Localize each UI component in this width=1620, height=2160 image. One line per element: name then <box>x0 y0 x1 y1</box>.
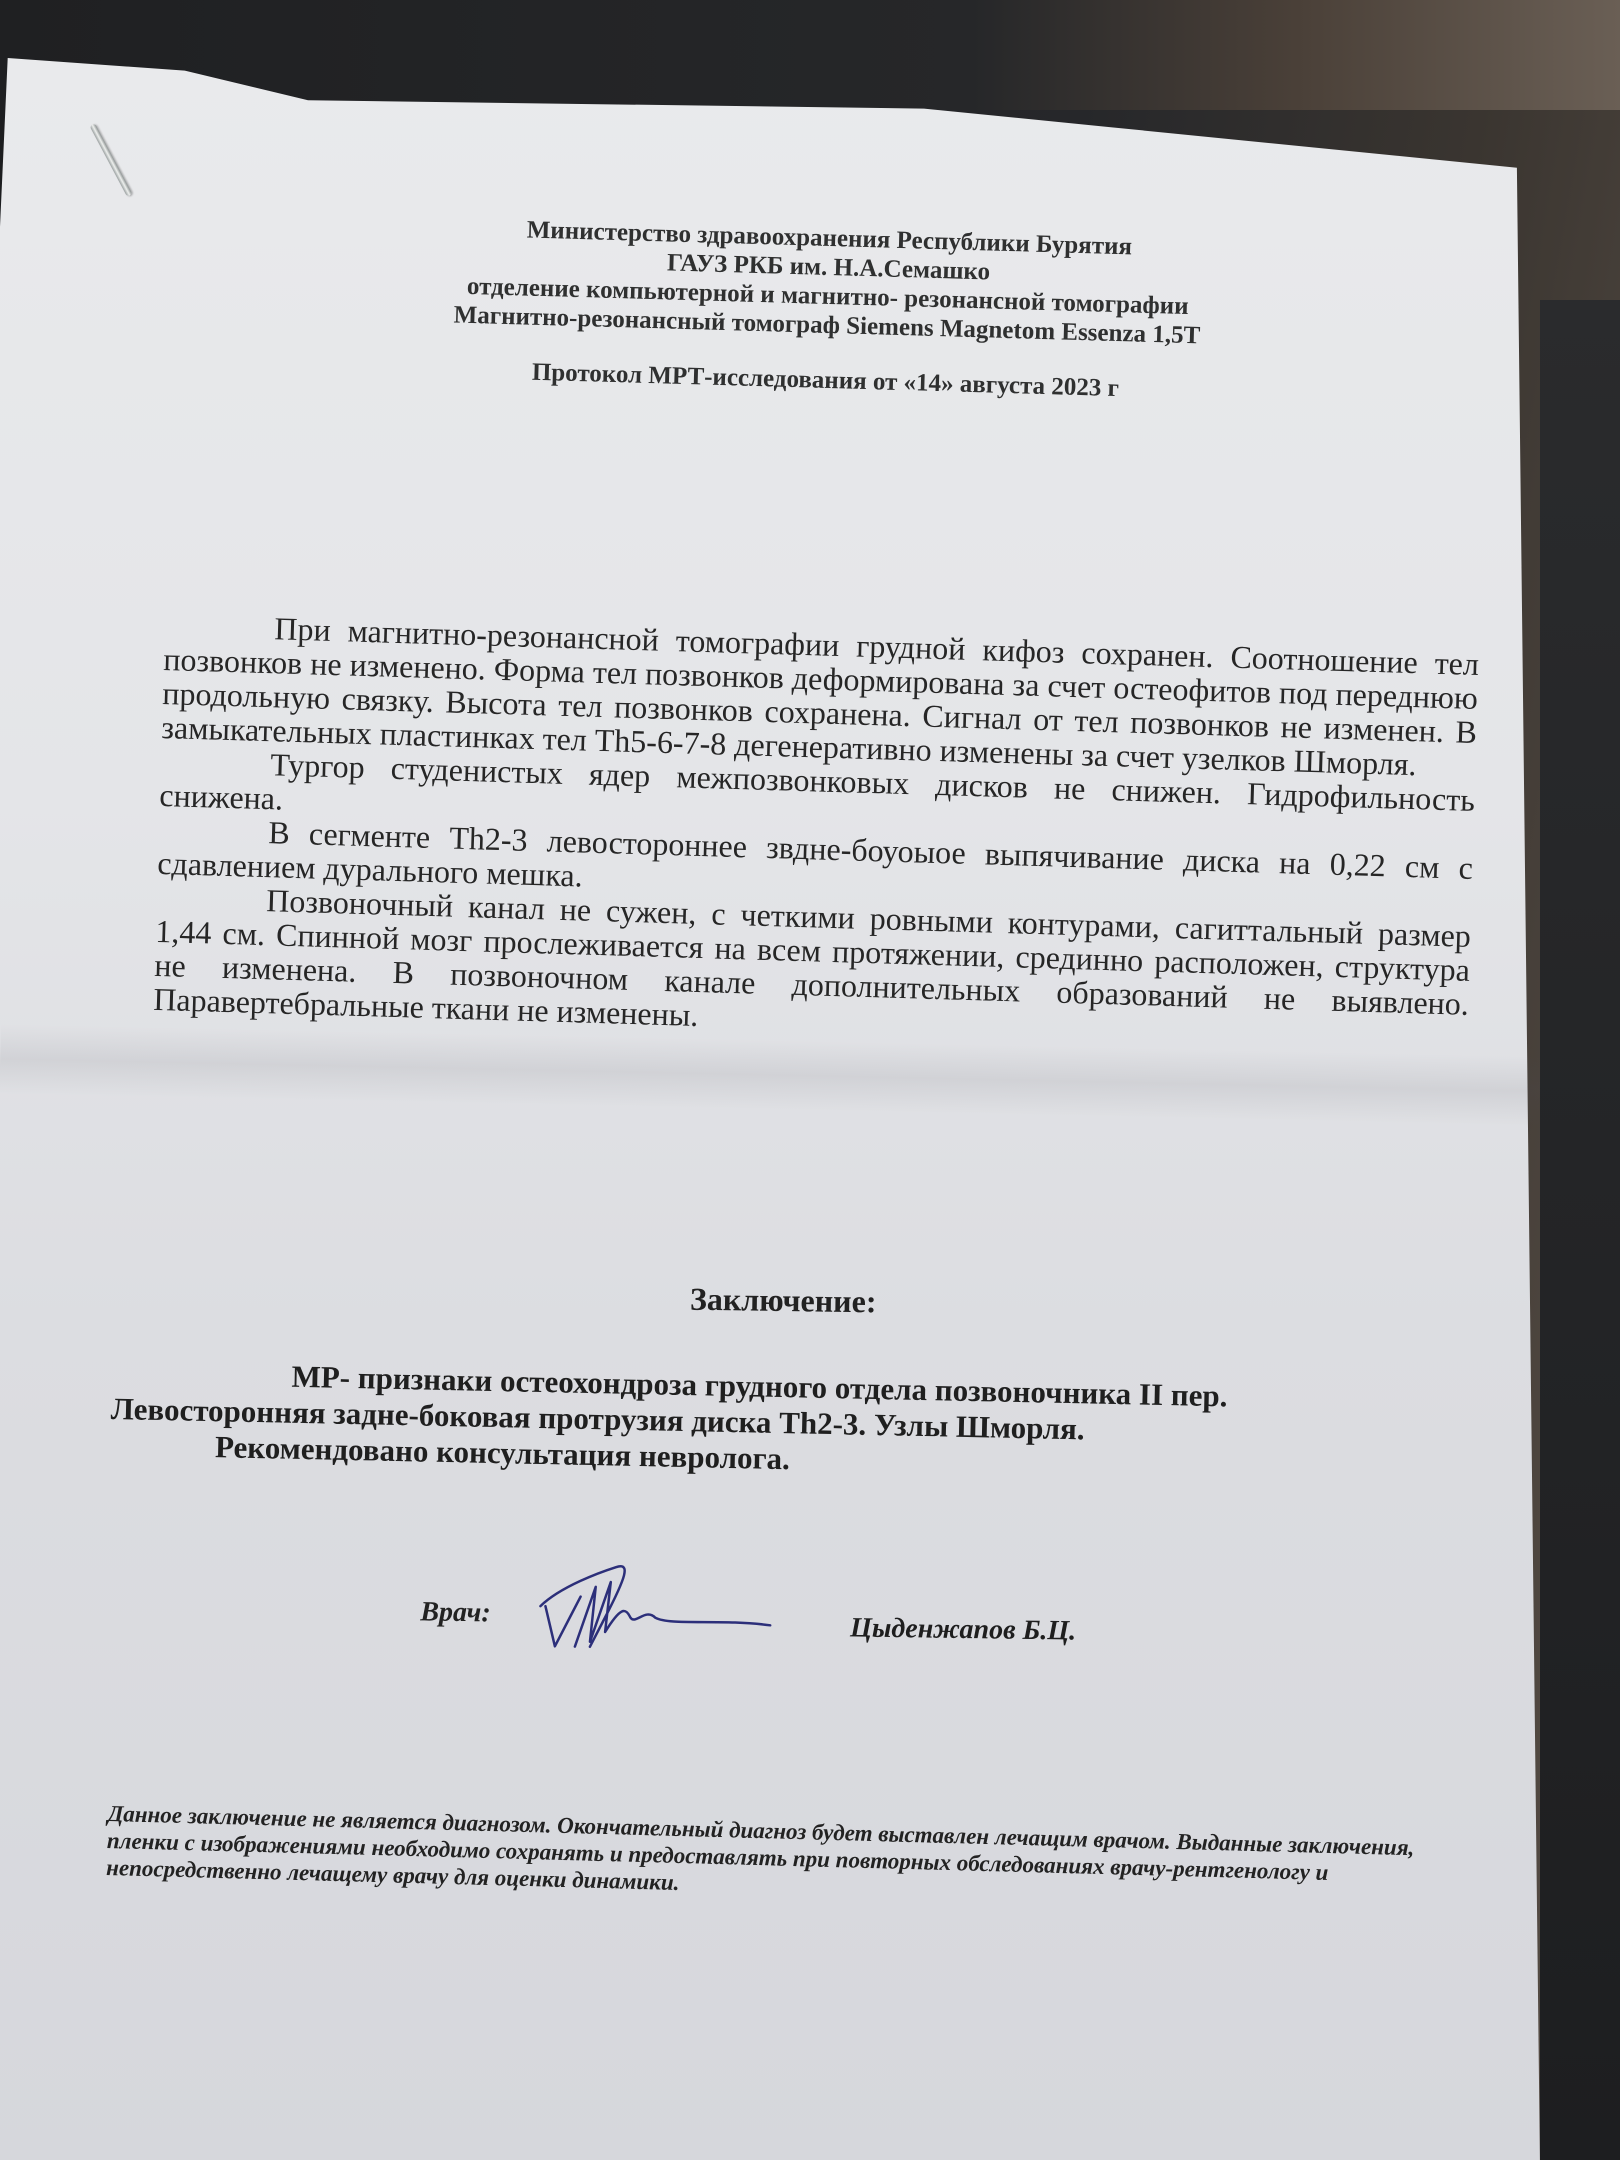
findings-section: При магнитно-резонансной томографии груд… <box>153 608 1480 1055</box>
conclusion-section: МР- признаки остеохондроза грудного отде… <box>110 1355 1482 1492</box>
conclusion-heading: Заключение: <box>690 1281 877 1321</box>
document-header: Министерство здравоохранения Республики … <box>325 210 1329 409</box>
doctor-name: Цыденжапов Б.Ц. <box>850 1612 1076 1647</box>
protocol-title: Протокол МРТ-исследования от «14» август… <box>325 352 1325 409</box>
mri-report: Министерство здравоохранения Республики … <box>0 0 1620 2160</box>
disclaimer-text: Данное заключение не является диагнозом.… <box>106 1800 1418 1915</box>
handwritten-signature-icon <box>520 1546 782 1660</box>
signature-row: Врач: Цыденжапов Б.Ц. <box>419 1584 1220 1695</box>
doctor-label: Врач: <box>420 1596 491 1629</box>
